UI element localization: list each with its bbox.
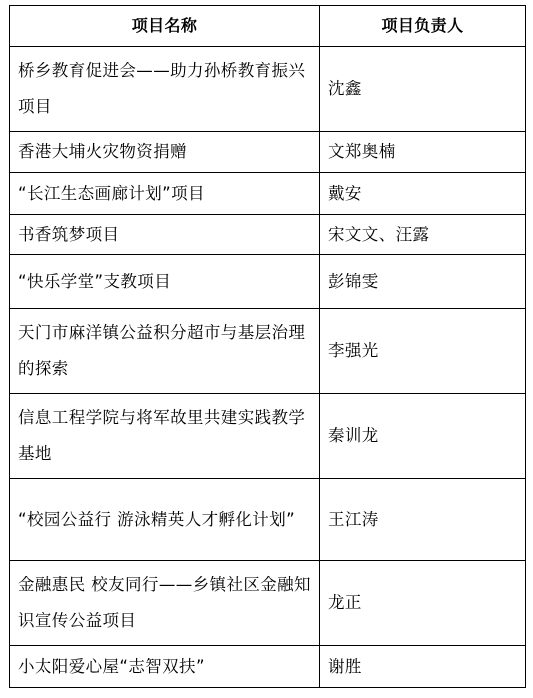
table-header-row: 项目名称 项目负责人 [10, 6, 526, 47]
table-row: “校园公益行 游泳精英人才孵化计划” 王江涛 [10, 479, 526, 561]
project-name-cell: “快乐学堂”支教项目 [10, 255, 320, 309]
project-name-cell: 书香筑梦项目 [10, 215, 320, 255]
project-name-cell: 信息工程学院与将军故里共建实践教学基地 [10, 394, 320, 479]
table-row: 书香筑梦项目 宋文文、汪露 [10, 215, 526, 255]
project-lead-cell: 王江涛 [320, 479, 526, 561]
project-table: 项目名称 项目负责人 桥乡教育促进会——助力孙桥教育振兴项目 沈鑫 香港大埔火灾… [9, 5, 526, 688]
table-row: 香港大埔火灾物资捐赠 文郑奥楠 [10, 132, 526, 173]
project-lead-cell: 彭锦雯 [320, 255, 526, 309]
project-lead-cell: 文郑奥楠 [320, 132, 526, 173]
project-lead-cell: 沈鑫 [320, 47, 526, 132]
project-name-cell: “长江生态画廊计划”项目 [10, 173, 320, 215]
table-row: 小太阳爱心屋“志智双扶” 谢胜 [10, 646, 526, 688]
project-name-cell: 香港大埔火灾物资捐赠 [10, 132, 320, 173]
project-lead-cell: 李强光 [320, 309, 526, 394]
table-row: 信息工程学院与将军故里共建实践教学基地 秦训龙 [10, 394, 526, 479]
table-row: 桥乡教育促进会——助力孙桥教育振兴项目 沈鑫 [10, 47, 526, 132]
project-lead-cell: 戴安 [320, 173, 526, 215]
project-name-cell: 小太阳爱心屋“志智双扶” [10, 646, 320, 688]
header-project-name: 项目名称 [10, 6, 320, 47]
project-lead-cell: 龙正 [320, 561, 526, 646]
project-name-cell: 天门市麻洋镇公益积分超市与基层治理的探索 [10, 309, 320, 394]
project-lead-cell: 秦训龙 [320, 394, 526, 479]
project-name-cell: 金融惠民 校友同行——乡镇社区金融知识宣传公益项目 [10, 561, 320, 646]
project-lead-cell: 谢胜 [320, 646, 526, 688]
project-name-cell: 桥乡教育促进会——助力孙桥教育振兴项目 [10, 47, 320, 132]
table-row: 金融惠民 校友同行——乡镇社区金融知识宣传公益项目 龙正 [10, 561, 526, 646]
table-row: “快乐学堂”支教项目 彭锦雯 [10, 255, 526, 309]
table-row: 天门市麻洋镇公益积分超市与基层治理的探索 李强光 [10, 309, 526, 394]
table-row: “长江生态画廊计划”项目 戴安 [10, 173, 526, 215]
project-lead-cell: 宋文文、汪露 [320, 215, 526, 255]
header-project-lead: 项目负责人 [320, 6, 526, 47]
project-name-cell: “校园公益行 游泳精英人才孵化计划” [10, 479, 320, 561]
